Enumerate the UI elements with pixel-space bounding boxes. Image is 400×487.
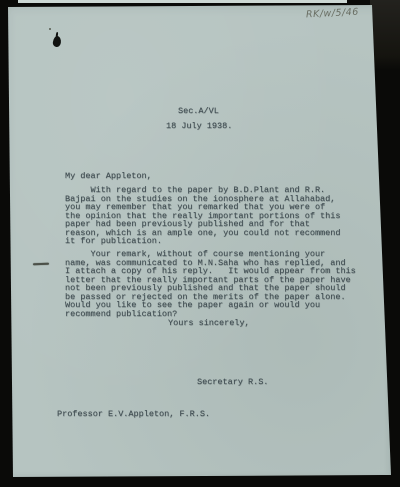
letter-closing: Yours sincerely,	[168, 319, 250, 328]
letter-recipient: Professor E.V.Appleton, F.R.S.	[57, 410, 210, 419]
underlying-sheet-edge	[18, 0, 347, 3]
pencil-margin-mark	[33, 263, 49, 266]
letter-date: 18 July 1938.	[166, 122, 232, 131]
letter-paper: RK/w/5/46 Sec.A/VL 18 July 1938. My dear…	[0, 0, 400, 487]
ink-speck	[49, 28, 51, 30]
letter-paragraph-2: Your remark, without of course mentionin…	[65, 250, 356, 318]
background-shadow-object	[370, 0, 400, 70]
ink-blot	[52, 35, 61, 47]
letter-signature: Secretary R.S.	[197, 378, 268, 387]
letter-reference: Sec.A/VL	[178, 107, 219, 116]
letter-salutation: My dear Appleton,	[65, 172, 152, 181]
letter-paragraph-1: With regard to the paper by B.D.Plant an…	[65, 186, 340, 246]
handwritten-file-reference: RK/w/5/46	[306, 7, 359, 21]
